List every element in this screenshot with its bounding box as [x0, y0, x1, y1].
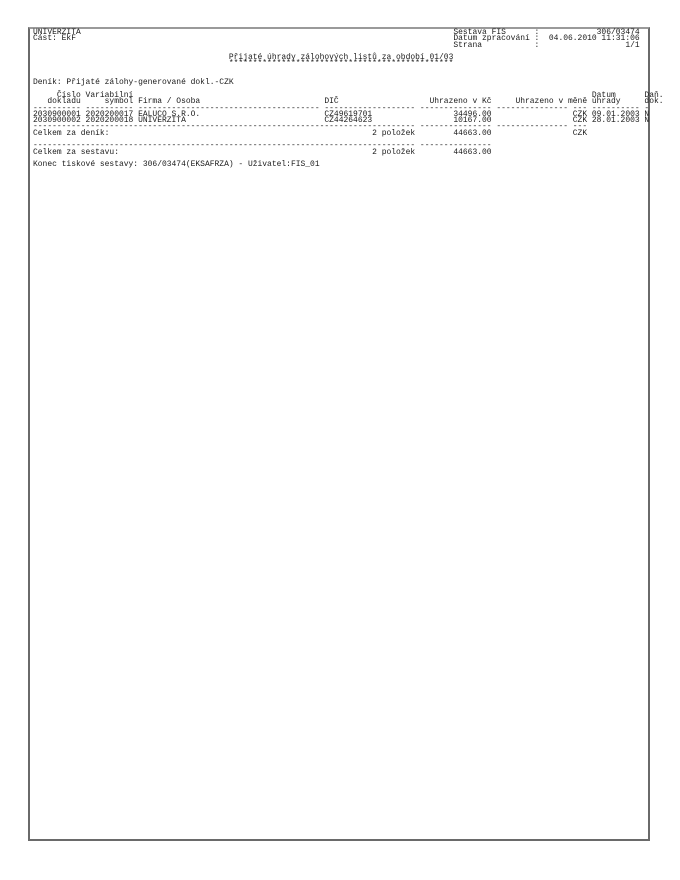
report-page: UNIVERZITA Sestava FIS : 306/03474Část: …	[28, 27, 650, 841]
header-line-3: Strana : 1/1	[33, 43, 664, 49]
journal-total: Celkem za deník: 2 položek 44663.00 CZK	[33, 131, 664, 137]
print-report: UNIVERZITA Sestava FIS : 306/03474Část: …	[33, 30, 664, 169]
report-footer: Konec tiskové sestavy: 306/03474(EKSAFRZ…	[33, 162, 664, 168]
